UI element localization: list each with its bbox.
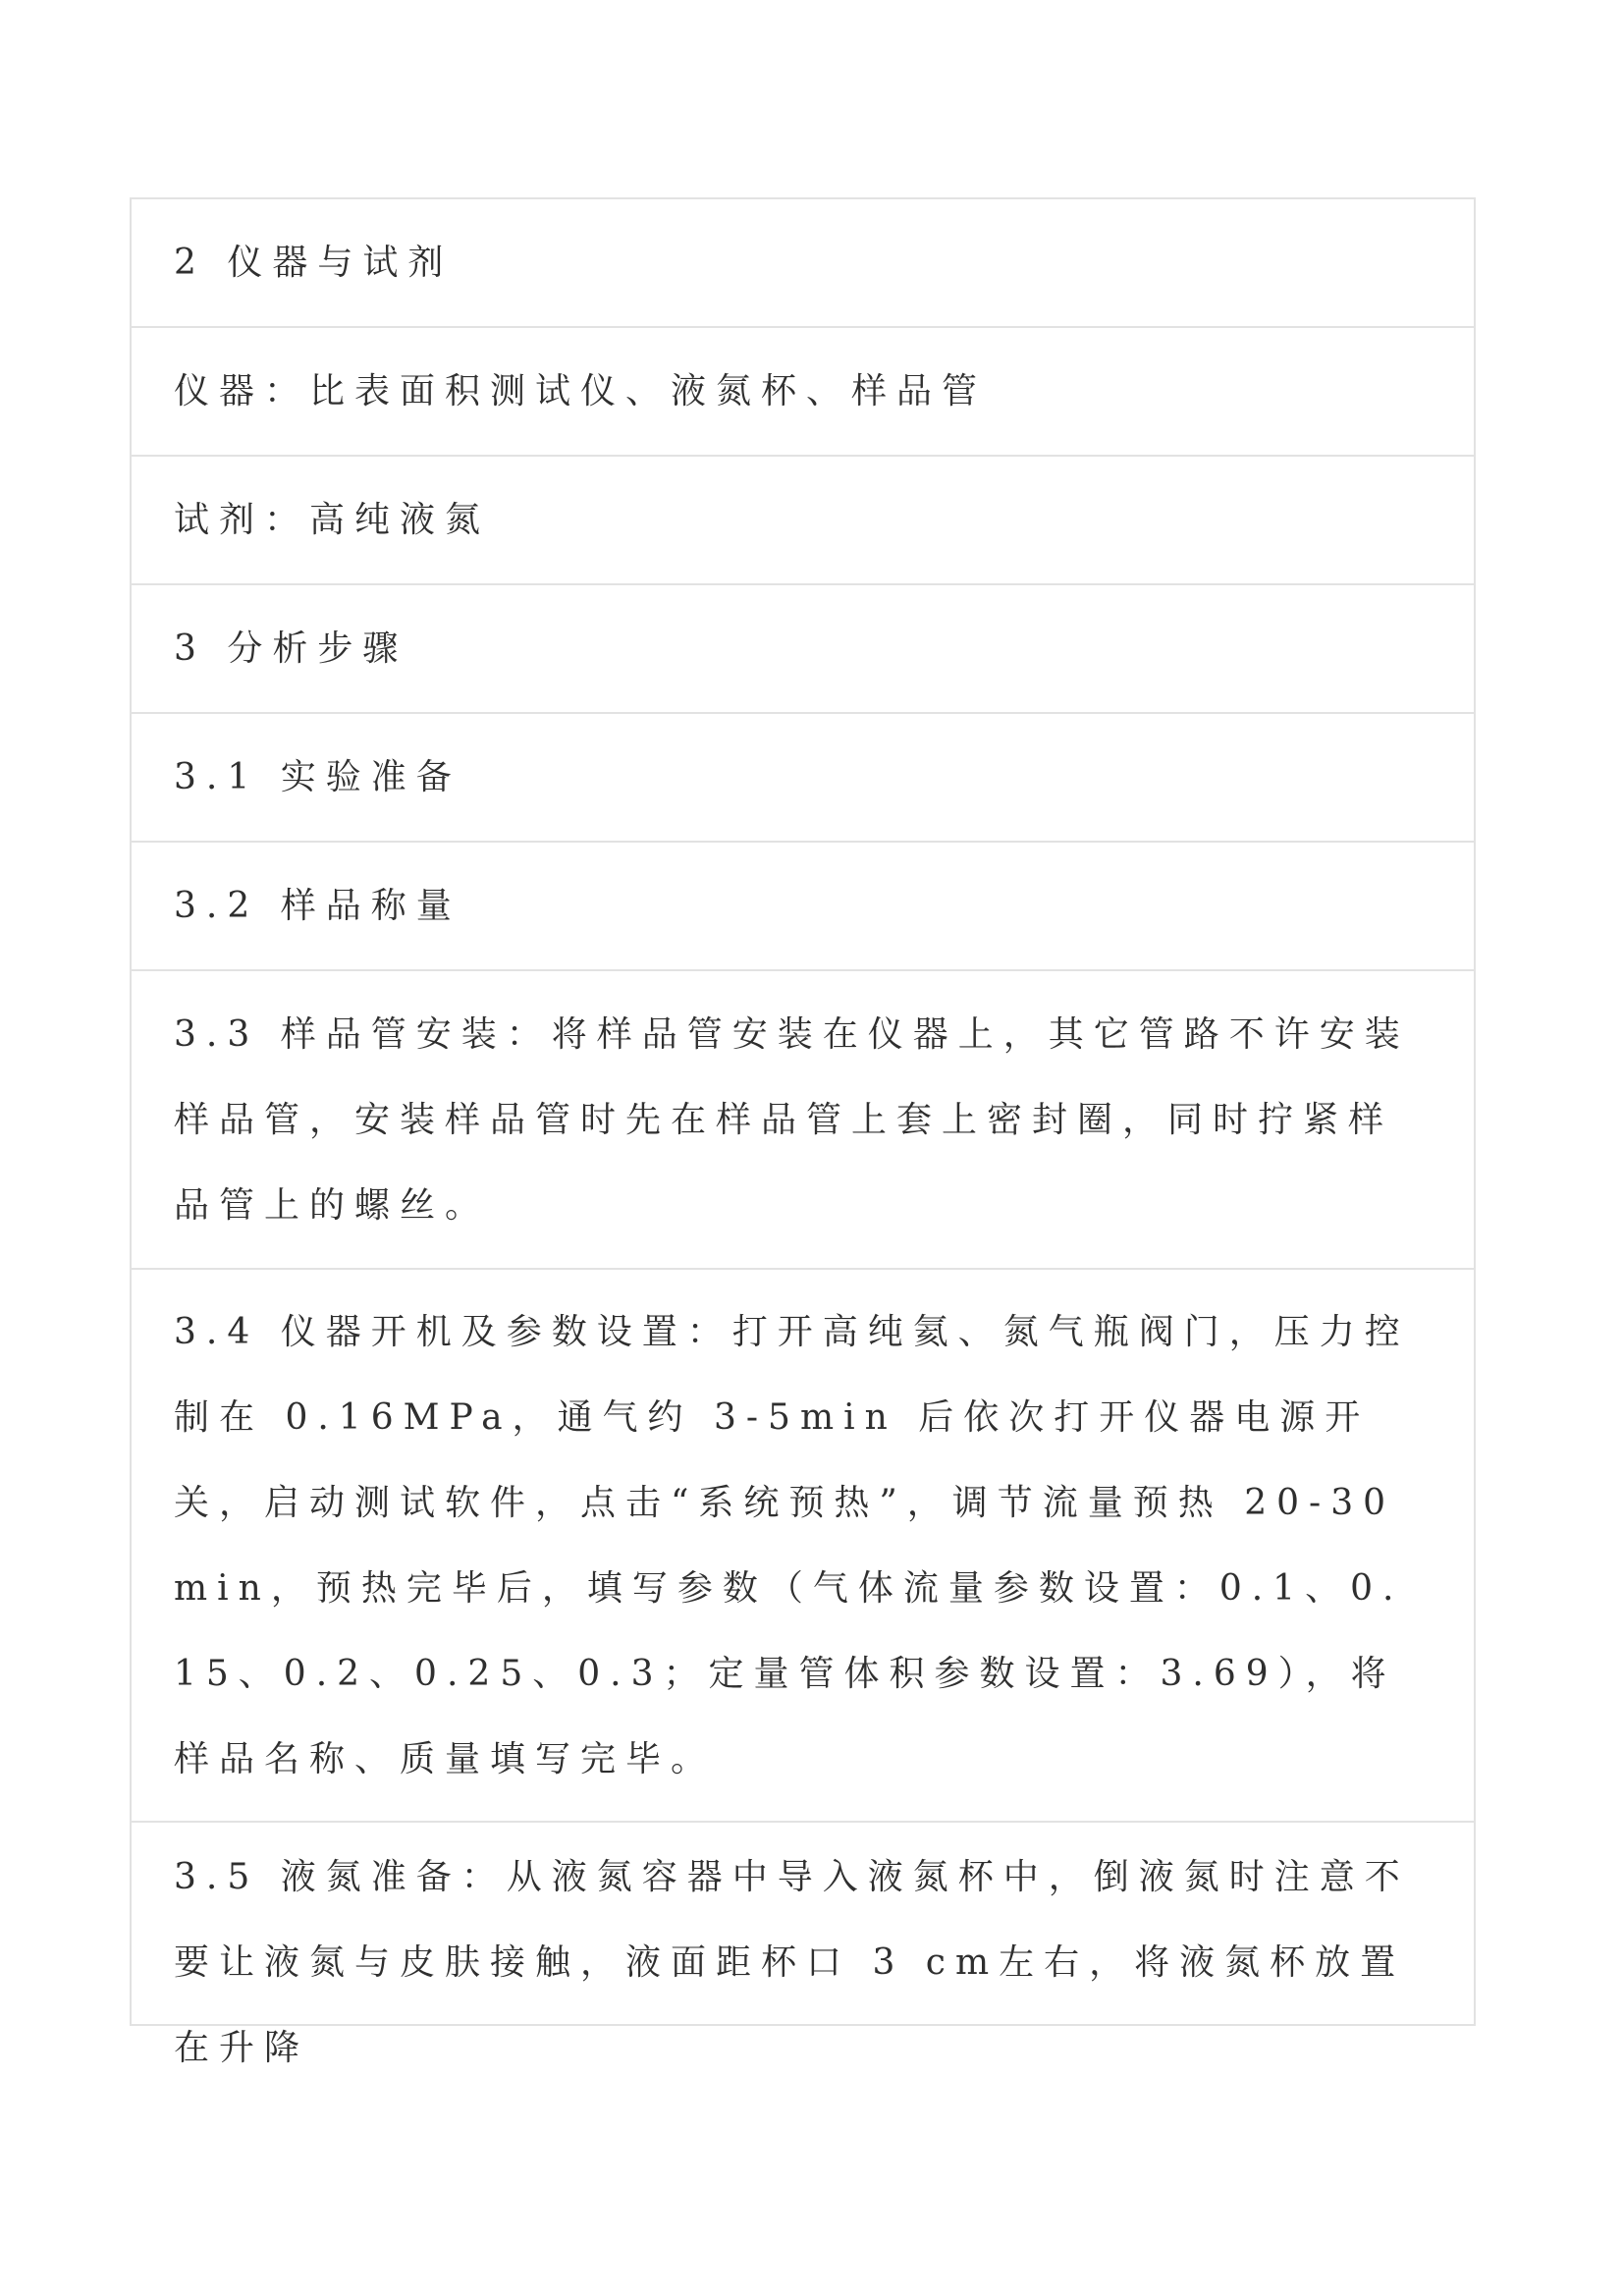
row-text: 3.2 样品称量 xyxy=(174,863,461,949)
step-3-3-row: 3.3 样品管安装：将样品管安装在仪器上，其它管路不许安装样品管，安装样品管时先… xyxy=(132,971,1474,1270)
section-heading-3: 3 分析步骤 xyxy=(132,585,1474,714)
step-3-5-row: 3.5 液氮准备：从液氮容器中导入液氮杯中，倒液氮时注意不要让液氮与皮肤接触，液… xyxy=(132,1823,1474,2026)
row-text: 3.5 液氮准备：从液氮容器中导入液氮杯中，倒液氮时注意不要让液氮与皮肤接触，液… xyxy=(174,1834,1434,2091)
row-text: 3 分析步骤 xyxy=(174,606,407,691)
document-table: 2 仪器与试剂 仪器：比表面积测试仪、液氮杯、样品管 试剂：高纯液氮 3 分析步… xyxy=(130,197,1476,2026)
section-heading-2: 2 仪器与试剂 xyxy=(132,199,1474,328)
step-3-4-row: 3.4 仪器开机及参数设置：打开高纯氦、氮气瓶阀门，压力控制在 0.16MPa，… xyxy=(132,1270,1474,1823)
row-text: 3.1 实验准备 xyxy=(174,735,461,820)
row-text: 2 仪器与试剂 xyxy=(174,220,453,305)
row-text: 试剂：高纯液氮 xyxy=(174,477,490,563)
row-text: 仪器：比表面积测试仪、液氮杯、样品管 xyxy=(174,349,987,434)
row-text: 3.3 样品管安装：将样品管安装在仪器上，其它管路不许安装样品管，安装样品管时先… xyxy=(174,992,1434,1248)
step-3-2-row: 3.2 样品称量 xyxy=(132,843,1474,971)
step-3-1-row: 3.1 实验准备 xyxy=(132,714,1474,843)
reagents-row: 试剂：高纯液氮 xyxy=(132,457,1474,585)
row-text: 3.4 仪器开机及参数设置：打开高纯氦、氮气瓶阀门，压力控制在 0.16MPa，… xyxy=(174,1289,1434,1802)
instruments-row: 仪器：比表面积测试仪、液氮杯、样品管 xyxy=(132,328,1474,457)
